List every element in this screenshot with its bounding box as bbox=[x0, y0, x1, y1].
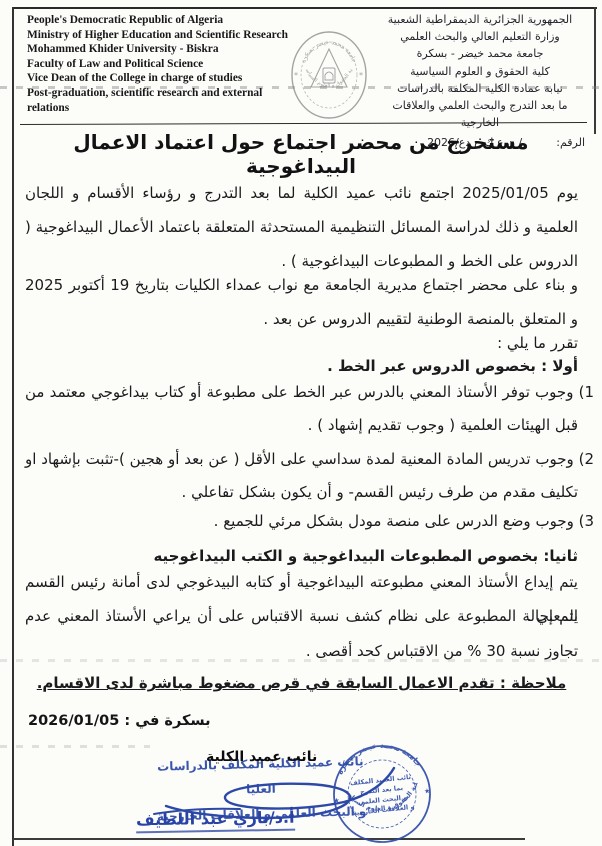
header-line: الجمهورية الجزائرية الديمقراطية الشعبية bbox=[373, 11, 587, 28]
header-line: جامعة محمد خيضر - بسكرة bbox=[373, 45, 587, 62]
svg-text:جامعة محمد خيضر بسكرة: جامعة محمد خيضر بسكرة bbox=[332, 737, 423, 777]
scanned-document-page: People's Democratic Republic of Algeria … bbox=[0, 0, 602, 846]
header-line: Mohammed Khider University - Biskra bbox=[27, 42, 299, 57]
stamp-top-arc-text: جامعة محمد خيضر بسكرة bbox=[332, 737, 423, 777]
page-border-right bbox=[594, 7, 596, 134]
page-border-top bbox=[13, 7, 597, 9]
header-line: Faculty of Law and Political Science bbox=[27, 57, 299, 72]
document-title: مستخرج من محضر اجتماع حول اعتماد الاعمال… bbox=[30, 130, 572, 178]
signer-name: أ.د/باري عبد اللطيف bbox=[136, 808, 295, 834]
section2-paragraph-2: يتم إحالة المطبوعة على نظام كشف نسبة الا… bbox=[25, 599, 578, 669]
seal-bottom-arc-text: كلية الحقوق و العلوم السياسية bbox=[289, 30, 354, 89]
seal-star: * bbox=[294, 71, 298, 80]
header-line: People's Democratic Republic of Algeria bbox=[27, 13, 299, 28]
page-border-left bbox=[12, 7, 14, 846]
paragraph-meeting-intro: يوم 2025/01/05 اجتمع نائب عميد الكلية لم… bbox=[25, 176, 578, 278]
header-line: Post-graduation, scientific research and… bbox=[27, 86, 299, 115]
seal-top-arc-text: جامعة محمد خيضر بسكرة bbox=[300, 39, 358, 64]
section1-item-3: 3) وجوب وضع الدرس على منصة مودل بشكل مرئ… bbox=[25, 505, 594, 538]
header-line: Vice Dean of the College in charge of st… bbox=[27, 71, 299, 86]
header-line: نيابة عمادة الكلية المكلفة بالدراسات bbox=[373, 80, 587, 97]
scan-streak bbox=[0, 745, 150, 748]
signer-title: نائب عميد الكلية bbox=[206, 749, 317, 765]
section1-item-1: 1) وجوب توفر الأستاذ المعني بالدرس عبر ا… bbox=[25, 376, 594, 442]
university-seal-stamp-icon: * * جامعة محمد خيضر بسكرة كلية الحقوق و … bbox=[289, 30, 369, 120]
header-line: Ministry of Higher Education and Scienti… bbox=[27, 28, 299, 43]
section1-item-2: 2) وجوب تدريس المادة المعنية لمدة سداسي … bbox=[25, 443, 594, 509]
header-line: وزارة التعليم العالي والبحث العلمي bbox=[373, 28, 587, 45]
header-english: People's Democratic Republic of Algeria … bbox=[27, 13, 299, 115]
faculty-round-stamp-icon: ★ ★ جامعة محمد خيضر بسكرة كلية الحقوق و … bbox=[325, 737, 439, 846]
stamp-star: ★ bbox=[333, 796, 340, 805]
svg-text:كلية الحقوق و العلوم السياسية: كلية الحقوق و العلوم السياسية bbox=[289, 30, 354, 89]
svg-text:جامعة محمد خيضر بسكرة: جامعة محمد خيضر بسكرة bbox=[300, 39, 358, 64]
page-border-bottom bbox=[13, 838, 525, 840]
seal-star: * bbox=[359, 71, 363, 80]
note-line: ملاحظة : تقدم الاعمال السابقة في قرص مضغ… bbox=[25, 666, 578, 700]
place-date-line: بسكرة في : 2026/01/05 bbox=[28, 713, 211, 729]
header-line: ما بعد التدرج والبحث العلمي والعلاقات ال… bbox=[373, 97, 587, 131]
header-line: كلية الحقوق و العلوم السياسية bbox=[373, 63, 587, 80]
stamp-star: ★ bbox=[424, 787, 431, 796]
